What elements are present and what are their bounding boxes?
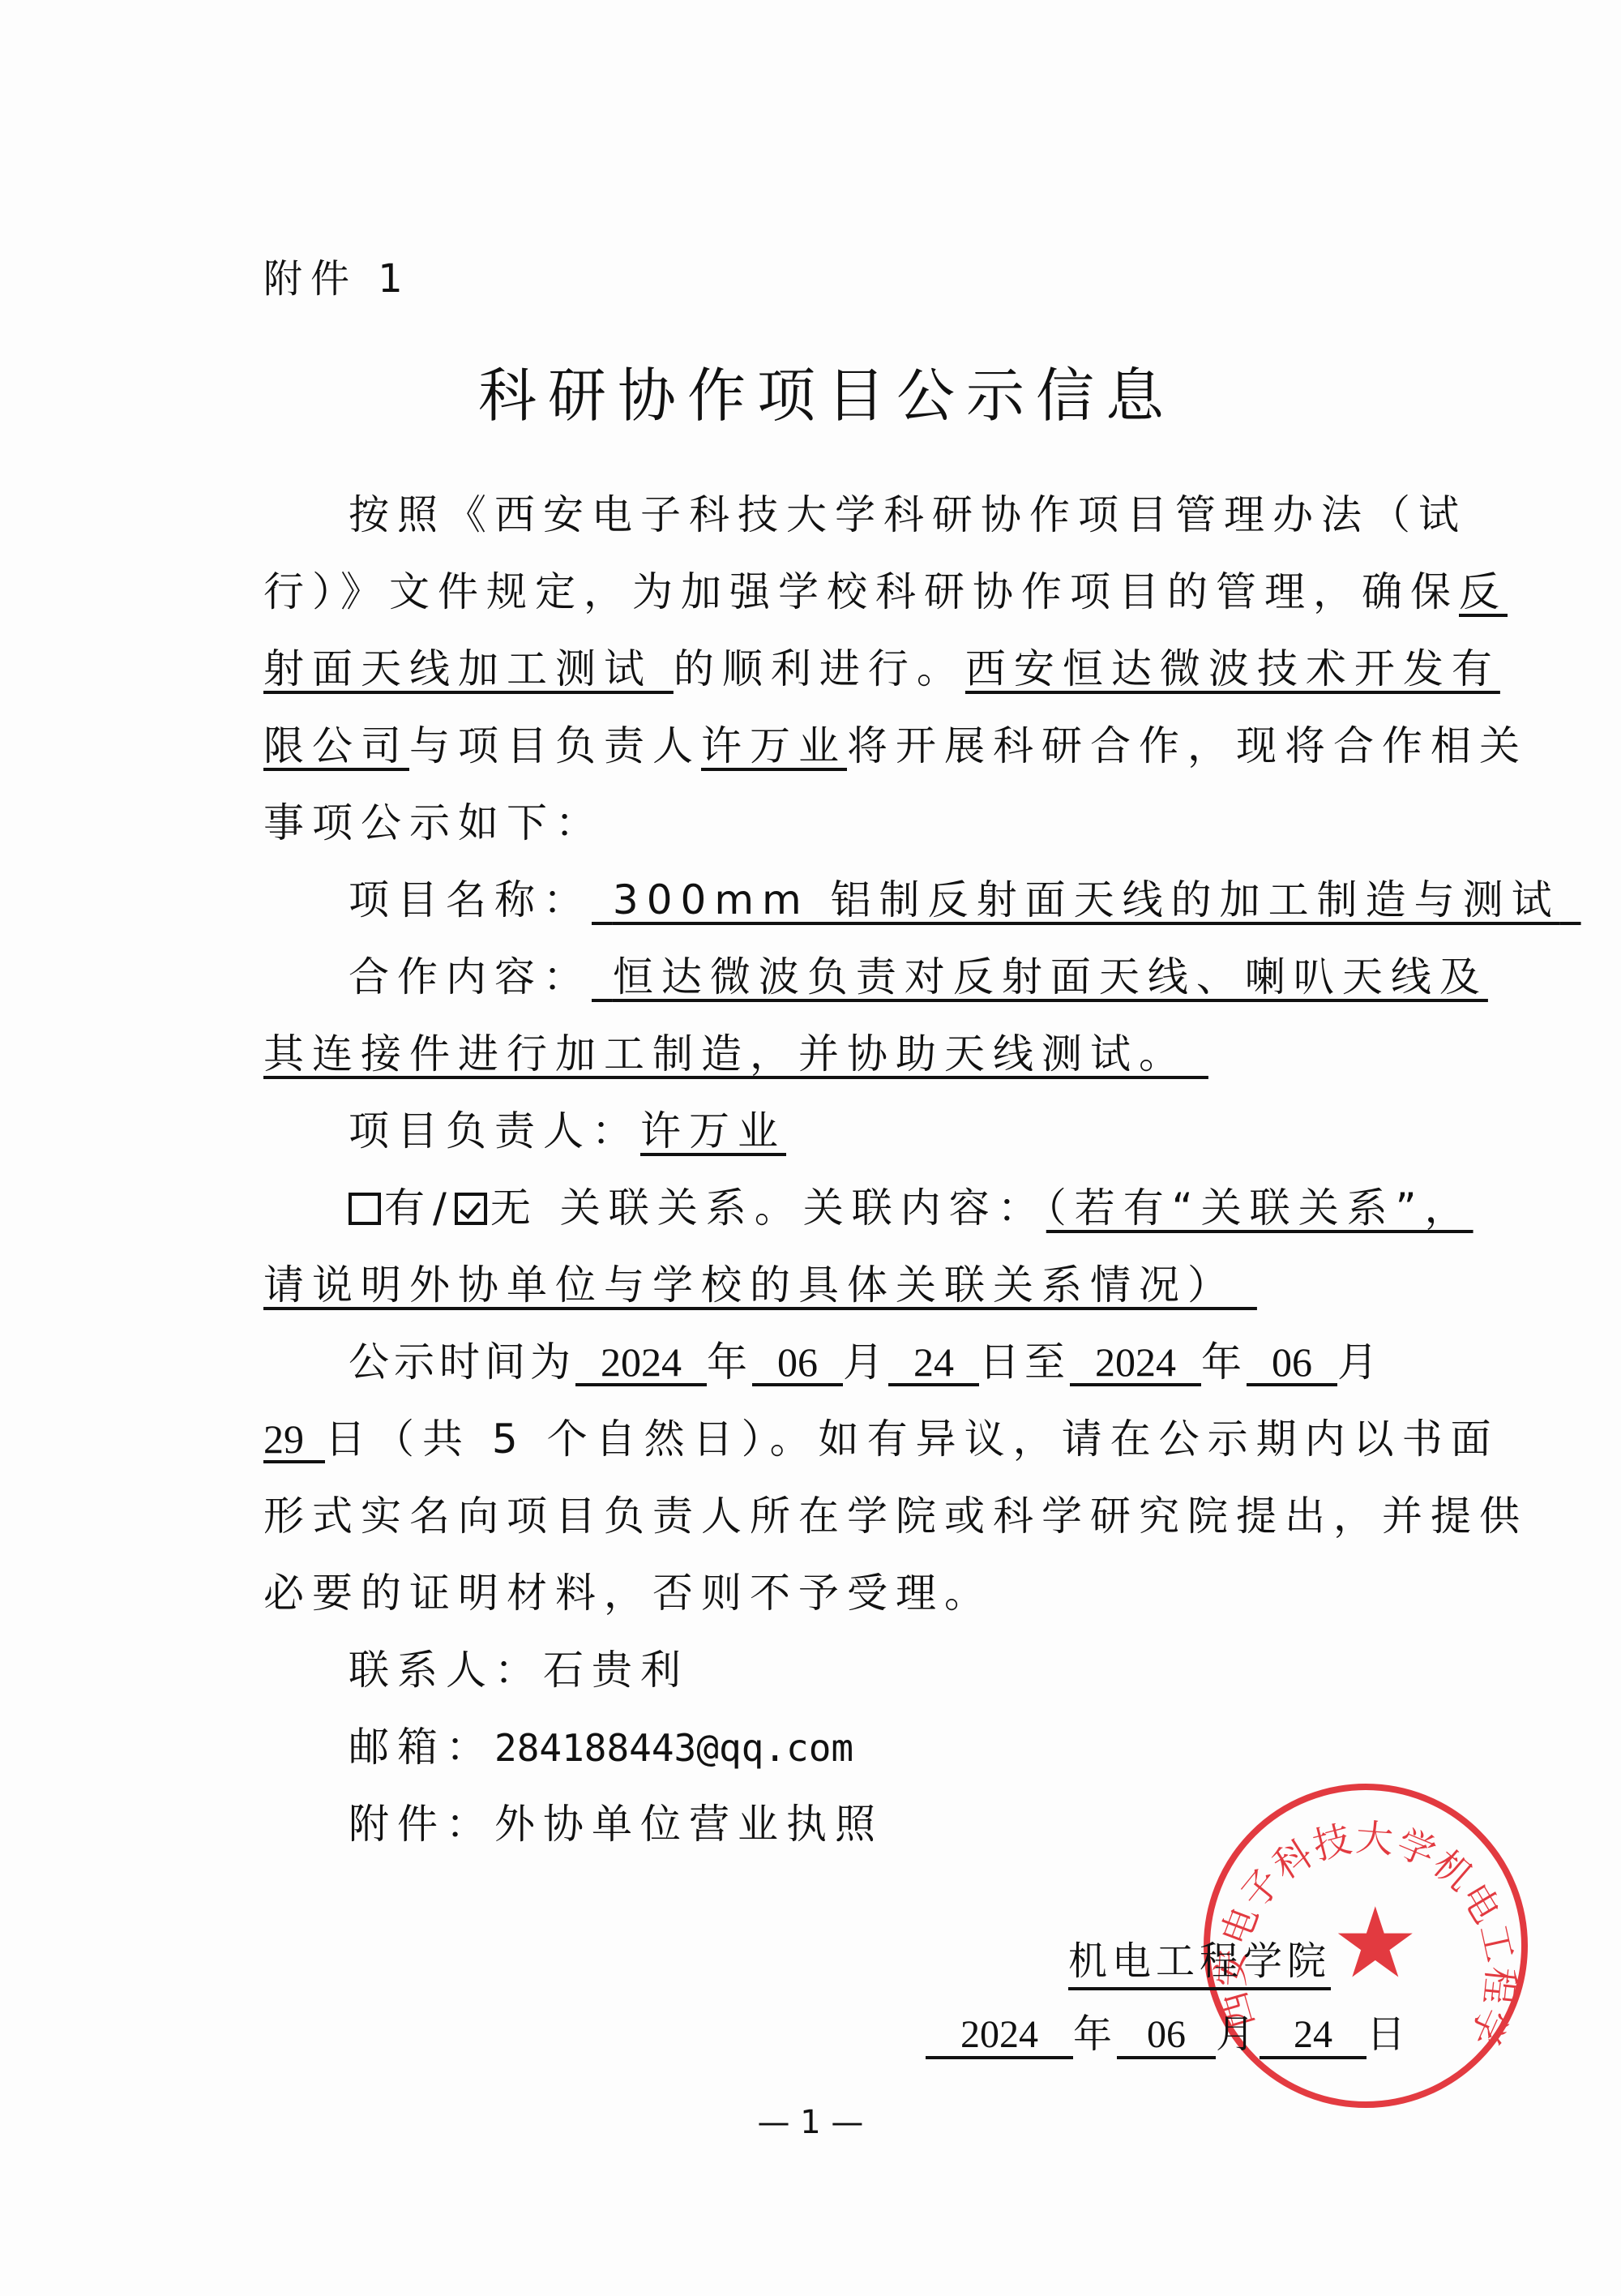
cooperation-row: 合作内容： 恒达微波负责对反射面天线、喇叭天线及 xyxy=(349,953,1471,1001)
star-icon: ★ xyxy=(1332,1895,1419,1993)
intro-text: 与项目负责人 xyxy=(409,722,701,769)
period-prefix: 公示时间为 xyxy=(349,1339,575,1386)
end-month: 06 xyxy=(1247,1341,1337,1386)
cooperation-row-cont: 其连接件进行加工制造，并协助天线测试。 xyxy=(263,1030,1386,1078)
start-month: 06 xyxy=(752,1341,843,1386)
month-label: 月 xyxy=(1216,2011,1260,2057)
attachment-label: 附件： xyxy=(349,1801,494,1848)
project-name-value: 300mm 铝制反射面天线的加工制造与测试 xyxy=(592,876,1581,923)
leader-value: 许万业 xyxy=(640,1107,786,1154)
cooperation-value: 恒达微波负责对反射面天线、喇叭天线及 xyxy=(592,953,1488,1000)
relation-yes-checkbox[interactable] xyxy=(349,1193,381,1225)
sign-year: 2024 xyxy=(926,2014,1073,2059)
period-line-4: 必要的证明材料，否则不予受理。 xyxy=(263,1569,1386,1617)
period-row-cont: 29日（共 5 个自然日）。如有异议，请在公示期内以书面 xyxy=(263,1415,1386,1463)
document-title: 科研协作项目公示信息 xyxy=(0,349,1621,433)
page-number: — 1 — xyxy=(0,2104,1621,2141)
intro-line-3: 射面天线加工测试 的顺利进行。西安恒达微波技术开发有 xyxy=(263,645,1386,693)
attachment-number: 附件 1 xyxy=(263,247,411,303)
signing-date: 2024年06月24日 xyxy=(926,2003,1410,2059)
relation-row-cont: 请说明外协单位与学校的具体关联关系情况） xyxy=(263,1261,1386,1309)
intro-text: 将开展科研合作，现将合作相关 xyxy=(847,722,1528,769)
intro-line-4: 限公司与项目负责人许万业将开展科研合作，现将合作相关 xyxy=(263,722,1386,770)
period-duration: （共 5 个自然日）。如有异议，请在公示期内以书面 xyxy=(374,1416,1499,1463)
relation-no-label: 无 xyxy=(490,1184,539,1232)
start-day: 24 xyxy=(888,1341,979,1386)
company-name-underlined: 限公司 xyxy=(263,722,409,769)
period-row: 公示时间为2024年06月24日至2024年06月 xyxy=(349,1338,1471,1386)
period-line-3: 形式实名向项目负责人所在学院或科学研究院提出，并提供 xyxy=(263,1492,1386,1540)
year-label: 年 xyxy=(1201,1339,1247,1386)
start-year: 2024 xyxy=(575,1341,707,1386)
company-name-underlined: 西安恒达微波技术开发有 xyxy=(965,645,1500,692)
sign-month: 06 xyxy=(1117,2014,1216,2059)
project-topic-underlined: 反 xyxy=(1459,568,1508,615)
email-label: 邮箱： xyxy=(349,1724,494,1771)
intro-line-5: 事项公示如下： xyxy=(263,799,1386,847)
relation-yes-label: 有/ xyxy=(384,1184,455,1232)
leader-row: 项目负责人：许万业 xyxy=(349,1107,1471,1155)
project-name-label: 项目名称： xyxy=(349,876,592,923)
day-label: 日 xyxy=(325,1416,374,1463)
relation-suffix: 关联关系。关联内容： xyxy=(560,1184,1046,1232)
email-value[interactable]: 2841884­43@qq.com xyxy=(494,1726,853,1770)
end-year: 2024 xyxy=(1070,1341,1201,1386)
day-to-label: 日至 xyxy=(979,1339,1070,1386)
month-label: 月 xyxy=(1337,1339,1383,1386)
contact-person-label: 联系人： xyxy=(349,1647,543,1694)
attachment-value: 外协单位营业执照 xyxy=(494,1801,883,1848)
month-label: 月 xyxy=(843,1339,888,1386)
intro-line-2: 行）》文件规定，为加强学校科研协作项目的管理，确保反 xyxy=(263,568,1386,616)
year-label: 年 xyxy=(707,1339,752,1386)
intro-text: 行）》文件规定，为加强学校科研协作项目的管理，确保 xyxy=(263,568,1459,615)
contact-person-row: 联系人：石贵利 xyxy=(349,1646,1471,1694)
relation-no-checkbox[interactable] xyxy=(455,1193,487,1225)
leader-label: 项目负责人： xyxy=(349,1107,640,1154)
relation-row: 有/无 关联关系。关联内容：（若有“关联关系”， xyxy=(349,1184,1471,1232)
year-label: 年 xyxy=(1073,2011,1117,2057)
intro-line-1: 按照《西安电子科技大学科研协作项目管理办法（试 xyxy=(349,490,1471,539)
end-day: 29 xyxy=(263,1418,325,1463)
cooperation-value: 其连接件进行加工制造，并协助天线测试。 xyxy=(263,1030,1208,1077)
contact-person-value: 石贵利 xyxy=(543,1647,689,1694)
relation-note: 请说明外协单位与学校的具体关联关系情况） xyxy=(263,1262,1257,1309)
document-page: 附件 1 科研协作项目公示信息 按照《西安电子科技大学科研协作项目管理办法（试 … xyxy=(0,0,1621,2296)
signing-unit: 机电工程学院 xyxy=(1068,1930,1331,1985)
project-topic-underlined: 射面天线加工测试 xyxy=(263,645,652,692)
leader-name-underlined: 许万业 xyxy=(701,722,847,769)
relation-note: （若有“关联关系”， xyxy=(1046,1184,1473,1232)
email-row: 邮箱：2841884­43@qq.com xyxy=(349,1723,1471,1772)
sign-day: 24 xyxy=(1260,2014,1367,2059)
cooperation-label: 合作内容： xyxy=(349,953,592,1000)
project-name-row: 项目名称： 300mm 铝制反射面天线的加工制造与测试 xyxy=(349,876,1471,924)
day-label: 日 xyxy=(1367,2011,1410,2057)
intro-text: 的顺利进行。 xyxy=(674,645,965,692)
